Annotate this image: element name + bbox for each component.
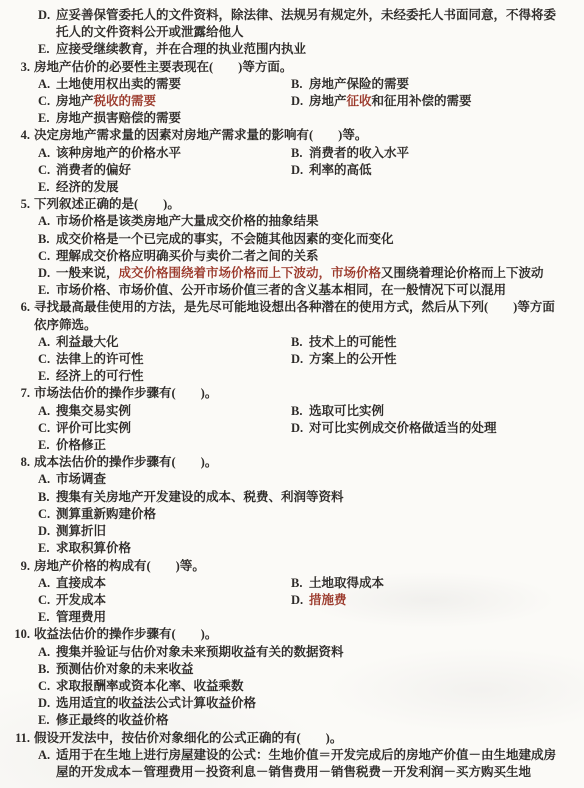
question-stem-row: 9.房地产价格的构成有( )等。 (12, 558, 558, 575)
text-segment: 市场价格、市场价值、公开市场价值三者的含义基本相同，在一般情况下可以混用 (56, 283, 506, 297)
option-text: 应接受继续教育，并在合理的执业范围内执业 (56, 41, 558, 58)
option-row: C.房地产税收的需要 (38, 93, 291, 110)
options-group: A.适用于在生地上进行房屋建设的公式：生地价值＝开发完成后的房地产价值－由生地建… (38, 747, 558, 781)
option-row: C.理解成交价格应明确买价与卖价二者之间的关系 (38, 248, 558, 265)
option-text: 消费者的偏好 (56, 162, 291, 179)
option-row: D.利率的高低 (291, 162, 558, 179)
option-text: 市场价格是该类房地产大量成交价格的抽象结果 (56, 213, 558, 230)
option-label: E. (38, 282, 56, 299)
text-segment: 应接受继续教育，并在合理的执业范围内执业 (56, 42, 306, 56)
options-group: A.市场价格是该类房地产大量成交价格的抽象结果B.成交价格是一个已完成的事实，不… (38, 213, 558, 299)
question-stem: 寻找最高最佳使用的方法，是先尽可能地设想出各种潜在的使用方式，然后从下列( )等… (34, 299, 558, 333)
option-text: 土地取得成本 (309, 575, 558, 592)
question: 9.房地产价格的构成有( )等。A.直接成本B.土地取得成本C.开发成本D.措施… (12, 558, 558, 627)
option-row: D.选用适宜的收益法公式计算收益价格 (38, 695, 558, 712)
option-text: 利率的高低 (309, 162, 558, 179)
question-stem-row: 8.成本法估价的操作步骤有( )。 (12, 454, 558, 471)
options-group: A.市场调查B.搜集有关房地产开发建设的成本、税费、利润等资料C.测算重新购建价… (38, 471, 558, 557)
option-row: C.求取报酬率或资本化率、收益乘数 (38, 678, 558, 695)
option-text: 求取报酬率或资本化率、收益乘数 (56, 678, 558, 695)
option-text: 修正最终的收益价格 (56, 712, 558, 729)
question-number: 3. (12, 59, 34, 76)
option-label: B. (38, 661, 56, 678)
text-segment: 房地产损害赔偿的需要 (56, 111, 181, 125)
option-label: C. (38, 93, 56, 110)
option-label: D. (291, 162, 309, 179)
text-segment: 措施费 (309, 593, 347, 607)
option-label: D. (38, 695, 56, 712)
option-text: 测算重新购建价格 (56, 506, 558, 523)
option-text: 经济上的可行性 (56, 368, 558, 385)
option-text: 成交价格是一个已完成的事实，不会随其他因素的变化而变化 (56, 231, 558, 248)
option-text: 房地产征收和征用补偿的需要 (309, 93, 558, 110)
option-row: D.一般来说，成交价格围绕着市场价格而上下波动，市场价格又围绕着理论价格而上下波… (38, 265, 558, 282)
option-label: A. (38, 403, 56, 420)
text-segment: 预测估价对象的未来收益 (56, 662, 194, 676)
options-group: A.土地使用权出卖的需要B.房地产保险的需要C.房地产税收的需要D.房地产征收和… (38, 76, 558, 128)
option-row: B.土地取得成本 (291, 575, 558, 592)
option-label: E. (38, 437, 56, 454)
option-text: 搜集并验证与估价对象未来预期收益有关的数据资料 (56, 644, 558, 661)
question-stem-row: 11.假设开发法中，按估价对象细化的公式正确的有( )。 (12, 730, 558, 747)
text-segment: 成交价格是一个已完成的事实，不会随其他因素的变化而变化 (56, 232, 394, 246)
option-label: C. (38, 506, 56, 523)
text-segment: 消费者的收入水平 (309, 146, 409, 160)
question: 6.寻找最高最佳使用的方法，是先尽可能地设想出各种潜在的使用方式，然后从下列( … (12, 299, 558, 385)
option-row: B.搜集有关房地产开发建设的成本、税费、利润等资料 (38, 489, 558, 506)
question-stem-row: 6.寻找最高最佳使用的方法，是先尽可能地设想出各种潜在的使用方式，然后从下列( … (12, 299, 558, 333)
text-segment: 法律上的许可性 (56, 352, 144, 366)
option-text: 预测估价对象的未来收益 (56, 661, 558, 678)
option-text: 房地产保险的需要 (309, 76, 558, 93)
text-segment: 房地产价格的构成有( )等。 (34, 559, 205, 573)
option-row: A.搜集交易实例 (38, 403, 291, 420)
options-group: D.应妥善保管委托人的文件资料，除法律、法规另有规定外，未经委托人书面同意，不得… (38, 7, 558, 59)
question-stem: 收益法估价的操作步骤有( )。 (34, 626, 558, 643)
question-stem: 市场法估价的操作步骤有( )。 (34, 385, 558, 402)
option-label: C. (38, 351, 56, 368)
text-segment: 经济的发展 (56, 180, 119, 194)
option-text: 房地产损害赔偿的需要 (56, 110, 558, 127)
option-row: C.消费者的偏好 (38, 162, 291, 179)
option-row: D.房地产征收和征用补偿的需要 (291, 93, 558, 110)
option-label: A. (38, 644, 56, 661)
text-segment: 成交价格围绕着市场价格而上下波动，市场价格 (119, 266, 382, 280)
option-text: 技术上的可能性 (309, 334, 558, 351)
text-segment: 寻找最高最佳使用的方法，是先尽可能地设想出各种潜在的使用方式，然后从下列( )等… (34, 300, 555, 331)
text-segment: 该种房地产的价格水平 (56, 146, 181, 160)
question-stem: 房地产估价的必要性主要表现在( )等方面。 (34, 59, 558, 76)
option-label: C. (38, 592, 56, 609)
text-segment: 适用于在生地上进行房屋建设的公式：生地价值＝开发完成后的房地产价值－由生地建成房… (56, 748, 556, 779)
options-group: A.搜集并验证与估价对象未来预期收益有关的数据资料B.预测估价对象的未来收益C.… (38, 644, 558, 730)
question-stem: 假设开发法中，按估价对象细化的公式正确的有( )。 (34, 730, 558, 747)
options-group: A.直接成本B.土地取得成本C.开发成本D.措施费E.管理费用 (38, 575, 558, 627)
text-segment: 市场调查 (56, 472, 106, 486)
option-label: C. (38, 248, 56, 265)
text-segment: 房地产 (56, 94, 94, 108)
option-text: 应妥善保管委托人的文件资料，除法律、法规另有规定外，未经委托人书面同意，不得将委… (56, 7, 558, 41)
option-row: E.应接受继续教育，并在合理的执业范围内执业 (38, 41, 558, 58)
text-segment: 应妥善保管委托人的文件资料，除法律、法规另有规定外，未经委托人书面同意，不得将委… (56, 8, 556, 39)
question: 5.下列叙述正确的是( )。A.市场价格是该类房地产大量成交价格的抽象结果B.成… (12, 196, 558, 299)
option-row: B.消费者的收入水平 (291, 145, 558, 162)
question-stem: 下列叙述正确的是( )。 (34, 196, 558, 213)
text-segment: 搜集交易实例 (56, 404, 131, 418)
option-row: B.预测估价对象的未来收益 (38, 661, 558, 678)
option-row: D.对可比实例成交价格做适当的处理 (291, 420, 558, 437)
option-row: E.求取积算价格 (38, 540, 558, 557)
text-segment: 求取积算价格 (56, 541, 131, 555)
text-segment: 经济上的可行性 (56, 369, 144, 383)
text-segment: 搜集并验证与估价对象未来预期收益有关的数据资料 (56, 645, 344, 659)
text-segment: 市场法估价的操作步骤有( )。 (34, 386, 217, 400)
text-segment: 土地使用权出卖的需要 (56, 77, 181, 91)
option-label: C. (38, 162, 56, 179)
question-number: 10. (12, 626, 34, 643)
option-text: 法律上的许可性 (56, 351, 291, 368)
option-label: D. (291, 592, 309, 609)
option-label: B. (291, 403, 309, 420)
text-segment: 技术上的可能性 (309, 335, 397, 349)
option-text: 选用适宜的收益法公式计算收益价格 (56, 695, 558, 712)
option-row: A.市场价格是该类房地产大量成交价格的抽象结果 (38, 213, 558, 230)
text-segment: 理解成交价格应明确买价与卖价二者之间的关系 (56, 249, 319, 263)
text-segment: 税收的需要 (94, 94, 157, 108)
option-row: A.适用于在生地上进行房屋建设的公式：生地价值＝开发完成后的房地产价值－由生地建… (38, 747, 558, 781)
text-segment: 开发成本 (56, 593, 106, 607)
question: 4.决定房地产需求量的因素对房地产需求量的影响有( )等。A.该种房地产的价格水… (12, 127, 558, 196)
question-number: 4. (12, 127, 34, 144)
option-row: C.开发成本 (38, 592, 291, 609)
option-text: 经济的发展 (56, 179, 558, 196)
option-label: B. (291, 145, 309, 162)
text-segment: 管理费用 (56, 610, 106, 624)
text-segment: 利率的高低 (309, 163, 372, 177)
option-row: B.成交价格是一个已完成的事实，不会随其他因素的变化而变化 (38, 231, 558, 248)
option-row: D.方案上的公开性 (291, 351, 558, 368)
option-row: E.经济的发展 (38, 179, 558, 196)
option-text: 评价可比实例 (56, 420, 291, 437)
option-row: A.该种房地产的价格水平 (38, 145, 291, 162)
question: 8.成本法估价的操作步骤有( )。A.市场调查B.搜集有关房地产开发建设的成本、… (12, 454, 558, 557)
option-label: A. (38, 575, 56, 592)
text-segment: 市场价格是该类房地产大量成交价格的抽象结果 (56, 214, 319, 228)
option-label: D. (38, 265, 56, 282)
option-text: 直接成本 (56, 575, 291, 592)
option-row: B.选取可比实例 (291, 403, 558, 420)
text-segment: 一般来说， (56, 266, 119, 280)
option-text: 搜集有关房地产开发建设的成本、税费、利润等资料 (56, 489, 558, 506)
question-number: 8. (12, 454, 34, 471)
text-segment: 对可比实例成交价格做适当的处理 (309, 421, 497, 435)
question: D.应妥善保管委托人的文件资料，除法律、法规另有规定外，未经委托人书面同意，不得… (12, 7, 558, 59)
text-segment: 方案上的公开性 (309, 352, 397, 366)
question-number: 5. (12, 196, 34, 213)
question-number: 9. (12, 558, 34, 575)
option-label: E. (38, 179, 56, 196)
option-row: C.评价可比实例 (38, 420, 291, 437)
text-segment: 房地产估价的必要性主要表现在( )等方面。 (34, 60, 292, 74)
text-segment: 房地产 (309, 94, 347, 108)
option-row: D.测算折旧 (38, 523, 558, 540)
text-segment: 求取报酬率或资本化率、收益乘数 (56, 679, 244, 693)
option-text: 措施费 (309, 592, 558, 609)
text-segment: 决定房地产需求量的因素对房地产需求量的影响有( )等。 (34, 128, 367, 142)
question-stem: 房地产价格的构成有( )等。 (34, 558, 558, 575)
text-segment: 测算重新购建价格 (56, 507, 156, 521)
text-segment: 和征用补偿的需要 (372, 94, 472, 108)
option-label: D. (38, 7, 56, 24)
option-row: B.房地产保险的需要 (291, 76, 558, 93)
option-text: 房地产税收的需要 (56, 93, 291, 110)
option-row: A.搜集并验证与估价对象未来预期收益有关的数据资料 (38, 644, 558, 661)
exam-page: D.应妥善保管委托人的文件资料，除法律、法规另有规定外，未经委托人书面同意，不得… (0, 0, 584, 788)
option-row: E.经济上的可行性 (38, 368, 558, 385)
text-segment: 征收 (347, 94, 372, 108)
option-label: D. (291, 93, 309, 110)
option-text: 消费者的收入水平 (309, 145, 558, 162)
option-label: A. (38, 76, 56, 93)
option-label: B. (291, 575, 309, 592)
option-text: 测算折旧 (56, 523, 558, 540)
option-text: 市场调查 (56, 471, 558, 488)
option-label: D. (291, 420, 309, 437)
option-label: E. (38, 368, 56, 385)
question-number: 11. (12, 730, 34, 747)
question-stem-row: 3.房地产估价的必要性主要表现在( )等方面。 (12, 59, 558, 76)
option-text: 方案上的公开性 (309, 351, 558, 368)
option-row: C.法律上的许可性 (38, 351, 291, 368)
text-segment: 选取可比实例 (309, 404, 384, 418)
question-stem-row: 7.市场法估价的操作步骤有( )。 (12, 385, 558, 402)
text-segment: 下列叙述正确的是( )。 (34, 197, 180, 211)
question-stem-row: 5.下列叙述正确的是( )。 (12, 196, 558, 213)
option-row: A.利益最大化 (38, 334, 291, 351)
text-segment: 选用适宜的收益法公式计算收益价格 (56, 696, 256, 710)
option-text: 选取可比实例 (309, 403, 558, 420)
text-segment: 修正最终的收益价格 (56, 713, 169, 727)
question-stem: 决定房地产需求量的因素对房地产需求量的影响有( )等。 (34, 127, 558, 144)
option-row: D.措施费 (291, 592, 558, 609)
option-text: 适用于在生地上进行房屋建设的公式：生地价值＝开发完成后的房地产价值－由生地建成房… (56, 747, 558, 781)
question: 3.房地产估价的必要性主要表现在( )等方面。A.土地使用权出卖的需要B.房地产… (12, 59, 558, 128)
question: 11.假设开发法中，按估价对象细化的公式正确的有( )。A.适用于在生地上进行房… (12, 730, 558, 782)
option-text: 管理费用 (56, 609, 558, 626)
option-label: B. (291, 76, 309, 93)
option-label: C. (38, 420, 56, 437)
question-stem-row: 4.决定房地产需求量的因素对房地产需求量的影响有( )等。 (12, 127, 558, 144)
option-text: 土地使用权出卖的需要 (56, 76, 291, 93)
option-label: B. (38, 231, 56, 248)
text-segment: 消费者的偏好 (56, 163, 131, 177)
option-row: A.土地使用权出卖的需要 (38, 76, 291, 93)
text-segment: 搜集有关房地产开发建设的成本、税费、利润等资料 (56, 490, 344, 504)
option-label: B. (291, 334, 309, 351)
text-segment: 收益法估价的操作步骤有( )。 (34, 627, 217, 641)
option-label: A. (38, 334, 56, 351)
option-text: 理解成交价格应明确买价与卖价二者之间的关系 (56, 248, 558, 265)
option-row: A.市场调查 (38, 471, 558, 488)
option-label: B. (38, 489, 56, 506)
text-segment: 直接成本 (56, 576, 106, 590)
text-segment: 假设开发法中，按估价对象细化的公式正确的有( )。 (34, 731, 342, 745)
text-segment: 测算折旧 (56, 524, 106, 538)
text-segment: 又围绕着理论价格而上下波动 (381, 266, 544, 280)
text-segment: 评价可比实例 (56, 421, 131, 435)
option-label: A. (38, 747, 56, 764)
option-label: A. (38, 213, 56, 230)
option-label: D. (291, 351, 309, 368)
option-row: E.市场价格、市场价值、公开市场价值三者的含义基本相同，在一般情况下可以混用 (38, 282, 558, 299)
option-label: E. (38, 712, 56, 729)
option-label: E. (38, 110, 56, 127)
options-group: A.搜集交易实例B.选取可比实例C.评价可比实例D.对可比实例成交价格做适当的处… (38, 403, 558, 455)
option-text: 搜集交易实例 (56, 403, 291, 420)
question: 7.市场法估价的操作步骤有( )。A.搜集交易实例B.选取可比实例C.评价可比实… (12, 385, 558, 454)
text-segment: 土地取得成本 (309, 576, 384, 590)
option-row: E.价格修正 (38, 437, 558, 454)
option-row: E.管理费用 (38, 609, 558, 626)
option-label: E. (38, 609, 56, 626)
text-segment: 利益最大化 (56, 335, 119, 349)
question-number: 7. (12, 385, 34, 402)
option-text: 求取积算价格 (56, 540, 558, 557)
option-label: C. (38, 678, 56, 695)
option-label: E. (38, 41, 56, 58)
option-label: D. (38, 523, 56, 540)
option-text: 利益最大化 (56, 334, 291, 351)
option-text: 对可比实例成交价格做适当的处理 (309, 420, 558, 437)
option-row: E.修正最终的收益价格 (38, 712, 558, 729)
option-label: E. (38, 540, 56, 557)
text-segment: 价格修正 (56, 438, 106, 452)
option-row: C.测算重新购建价格 (38, 506, 558, 523)
option-row: A.直接成本 (38, 575, 291, 592)
text-segment: 房地产保险的需要 (309, 77, 409, 91)
option-label: A. (38, 471, 56, 488)
question-stem: 成本法估价的操作步骤有( )。 (34, 454, 558, 471)
option-text: 市场价格、市场价值、公开市场价值三者的含义基本相同，在一般情况下可以混用 (56, 282, 558, 299)
option-text: 一般来说，成交价格围绕着市场价格而上下波动，市场价格又围绕着理论价格而上下波动 (56, 265, 558, 282)
option-row: D.应妥善保管委托人的文件资料，除法律、法规另有规定外，未经委托人书面同意，不得… (38, 7, 558, 41)
option-label: A. (38, 145, 56, 162)
question-number: 6. (12, 299, 34, 316)
option-text: 该种房地产的价格水平 (56, 145, 291, 162)
option-text: 价格修正 (56, 437, 558, 454)
questions-list: D.应妥善保管委托人的文件资料，除法律、法规另有规定外，未经委托人书面同意，不得… (12, 7, 558, 781)
question: 10.收益法估价的操作步骤有( )。A.搜集并验证与估价对象未来预期收益有关的数… (12, 626, 558, 729)
options-group: A.该种房地产的价格水平B.消费者的收入水平C.消费者的偏好D.利率的高低E.经… (38, 145, 558, 197)
option-text: 开发成本 (56, 592, 291, 609)
option-row: E.房地产损害赔偿的需要 (38, 110, 558, 127)
options-group: A.利益最大化B.技术上的可能性C.法律上的许可性D.方案上的公开性E.经济上的… (38, 334, 558, 386)
question-stem-row: 10.收益法估价的操作步骤有( )。 (12, 626, 558, 643)
option-row: B.技术上的可能性 (291, 334, 558, 351)
text-segment: 成本法估价的操作步骤有( )。 (34, 455, 217, 469)
